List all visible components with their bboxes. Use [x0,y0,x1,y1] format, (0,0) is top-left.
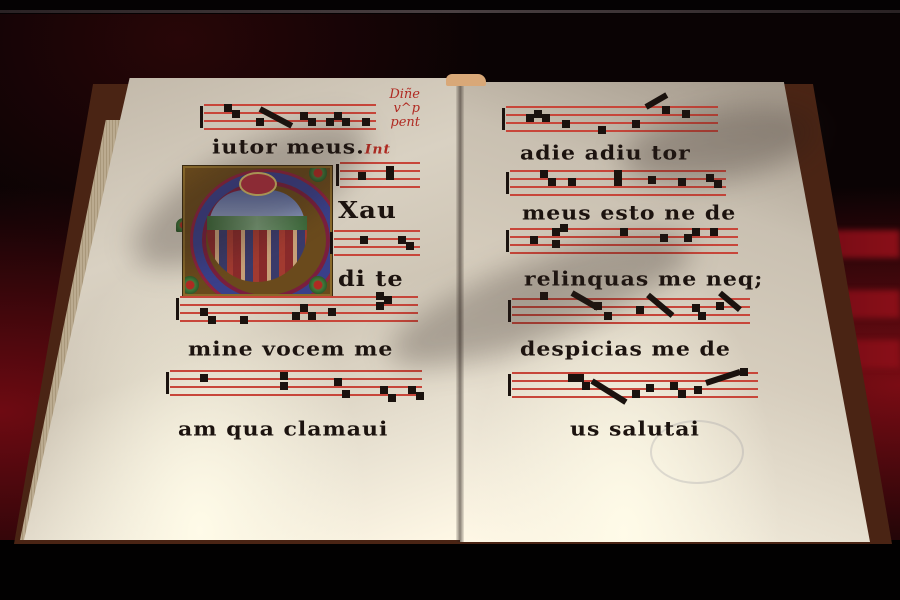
music-staff [510,228,738,254]
lyric-line: adie adiu tor [520,141,691,164]
music-staff [340,162,420,188]
rubric-annotation: Diñe v^p pent [372,88,420,130]
historiated-initial [183,166,332,296]
book-gutter [456,82,464,542]
lyric-line: di te [338,265,404,291]
display-case-rim [0,10,900,13]
lyric-line: iutor meus.Int [212,135,391,158]
dark-foreground [0,540,900,600]
lyric-line: Xau [338,198,397,225]
lyric-line: us salutai [570,417,700,440]
lyric-line: meus esto ne de [522,201,736,224]
music-staff [180,296,418,322]
music-staff [170,370,422,396]
lyric-line: despicias me de [520,337,731,360]
photo-scene: Diñe v^p pent iutor meus.Int [0,0,900,600]
music-staff [506,106,718,132]
music-staff [510,170,726,196]
music-staff [512,298,750,324]
initial-ornament [183,276,199,294]
initial-divine-figure [241,174,275,194]
music-staff [204,104,376,130]
initial-landscape [207,216,307,230]
music-staff [334,230,420,256]
bookmark-tab [446,74,486,86]
lyric-line: mine vocem me [188,337,393,360]
lyric-line: relinquas me neq; [524,267,763,290]
initial-ornament [309,166,327,182]
initial-ornament [309,276,327,294]
music-staff [512,372,758,398]
lyric-line: am qua clamaui [178,417,388,440]
